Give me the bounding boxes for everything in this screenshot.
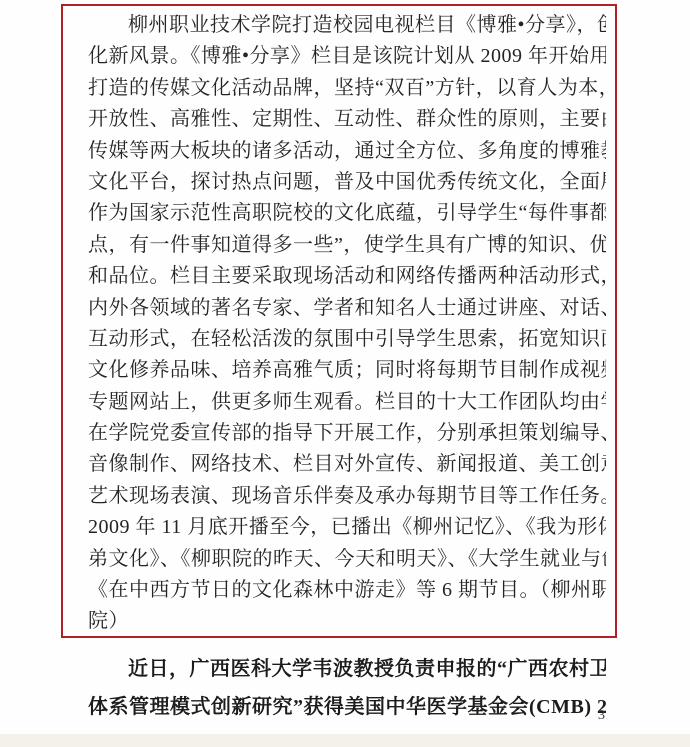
text-line: 柳州职业技术学院打造校园电视栏目《博雅•分享》，创校园文	[88, 10, 606, 41]
text-line: 《在中西方节日的文化森林中游走》等 6 期节目。（柳州职业技术学	[88, 575, 606, 606]
text-line: 弟文化》、《柳职院的昨天、今天和明天》、《大学生就业与创业谈》、	[88, 544, 606, 575]
text-line: 化新风景。《博雅•分享》栏目是该院计划从 2009 年开始用 5 年时间	[88, 41, 606, 72]
text-line: 开放性、高雅性、定期性、互动性、群众性的原则，主要由文化和	[88, 104, 606, 135]
page-number: 3	[598, 708, 605, 724]
text-line: 文化修养品味、培养高雅气质；同时将每期节目制作成视频，挂在	[88, 355, 606, 386]
text-line: 专题网站上，供更多师生观看。栏目的十大工作团队均由学生组成，	[88, 387, 606, 418]
text-line: 互动形式，在轻松活泼的氛围中引导学生思索，拓宽知识面，提升	[88, 324, 606, 355]
article-guangxi-medical: 近日，广西医科大学韦波教授负责申报的“广西农村卫生服务 体系管理模式创新研究”获…	[88, 650, 606, 726]
page-bottom-edge	[0, 734, 690, 747]
text-line: 打造的传媒文化活动品牌，坚持“双百”方针，以育人为本，坚持	[88, 73, 606, 104]
text-line: 传媒等两大板块的诸多活动，通过全方位、多角度的博雅教育教学	[88, 136, 606, 167]
text-line: 文化平台，探讨热点问题，普及中国优秀传统文化，全面展示该院	[88, 167, 606, 198]
article-liuzhou-college: 柳州职业技术学院打造校园电视栏目《博雅•分享》，创校园文 化新风景。《博雅•分享…	[88, 10, 606, 638]
text-line: 和品位。栏目主要采取现场活动和网络传播两种活动形式，邀请校	[88, 261, 606, 292]
text-line: 音像制作、网络技术、栏目对外宣传、新闻报道、美工创意、书法	[88, 449, 606, 480]
text-line: 艺术现场表演、现场音乐伴奏及承办每期节目等工作任务。栏目自	[88, 481, 606, 512]
text-line: 内外各领域的著名专家、学者和知名人士通过讲座、对话、辩论等	[88, 293, 606, 324]
text-line: 体系管理模式创新研究”获得美国中华医学基金会(CMB) 20.53 万	[88, 688, 606, 726]
text-line: 点，有一件事知道得多一些”，使学生具有广博的知识、优雅的气质	[88, 230, 606, 261]
text-line: 作为国家示范性高职院校的文化底蕴，引导学生“每件事都知道一	[88, 198, 606, 229]
text-line: 院）	[88, 606, 606, 637]
text-line: 在学院党委宣传部的指导下开展工作，分别承担策划编导、主持、	[88, 418, 606, 449]
text-line: 近日，广西医科大学韦波教授负责申报的“广西农村卫生服务	[88, 650, 606, 688]
text-line: 2009 年 11 月底开播至今，已播出《柳州记忆》、《我为形体狂》、《兄	[88, 512, 606, 543]
